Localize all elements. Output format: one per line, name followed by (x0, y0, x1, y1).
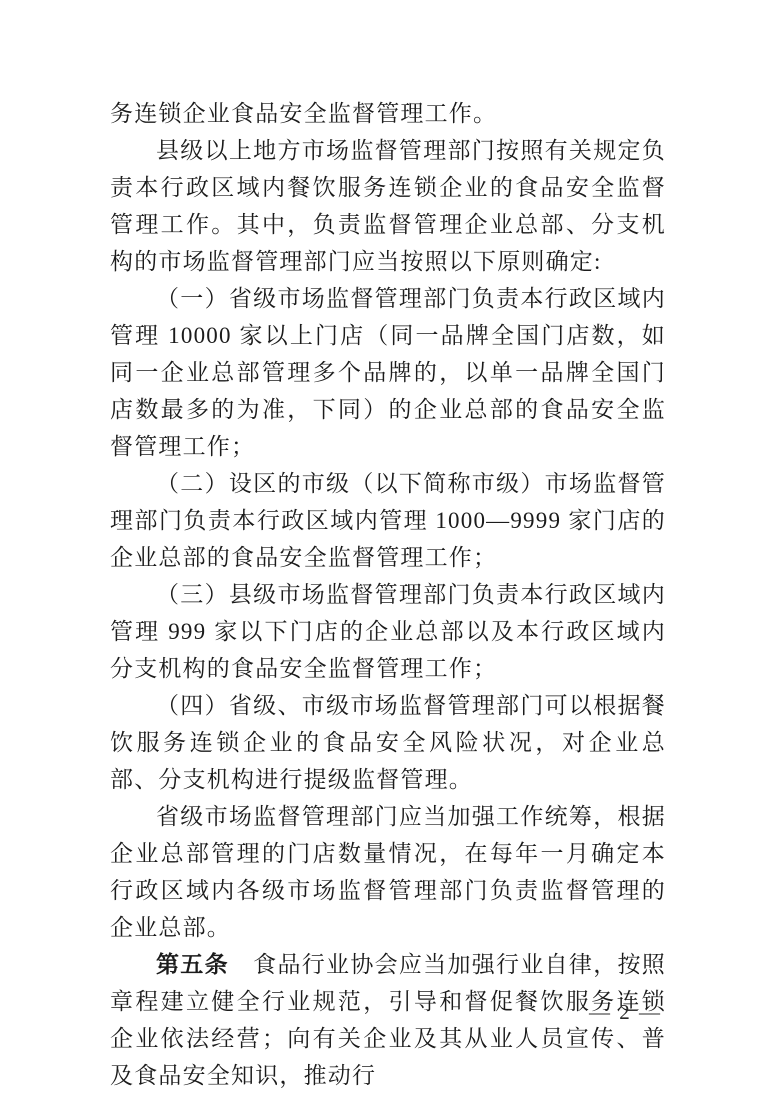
document-page: 务连锁企业食品安全监督管理工作。 县级以上地方市场监督管理部门按照有关规定负责本… (0, 0, 774, 1095)
paragraph-continuation: 务连锁企业食品安全监督管理工作。 (110, 95, 666, 132)
paragraph-item-4-escalation: （四）省级、市级市场监督管理部门可以根据餐饮服务连锁企业的食品安全风险状况，对企… (110, 687, 666, 798)
paragraph-article-5: 第五条 食品行业协会应当加强行业自律，按照章程建立健全行业规范，引导和督促餐饮服… (110, 946, 666, 1094)
paragraph-item-3-county: （三）县级市场监督管理部门负责本行政区域内管理 999 家以下门店的企业总部以及… (110, 576, 666, 687)
paragraph-provincial-coordination: 省级市场监督管理部门应当加强工作统筹，根据企业总部管理的门店数量情况，在每年一月… (110, 798, 666, 946)
page-number: — 2 — (589, 1000, 662, 1025)
document-body: 务连锁企业食品安全监督管理工作。 县级以上地方市场监督管理部门按照有关规定负责本… (110, 95, 666, 1094)
paragraph-county-level-duty: 县级以上地方市场监督管理部门按照有关规定负责本行政区域内餐饮服务连锁企业的食品安… (110, 132, 666, 280)
article-5-number: 第五条 (156, 952, 229, 977)
paragraph-item-2-municipal: （二）设区的市级（以下简称市级）市场监督管理部门负责本行政区域内管理 1000—… (110, 465, 666, 576)
paragraph-item-1-provincial: （一）省级市场监督管理部门负责本行政区域内管理 10000 家以上门店（同一品牌… (110, 280, 666, 465)
